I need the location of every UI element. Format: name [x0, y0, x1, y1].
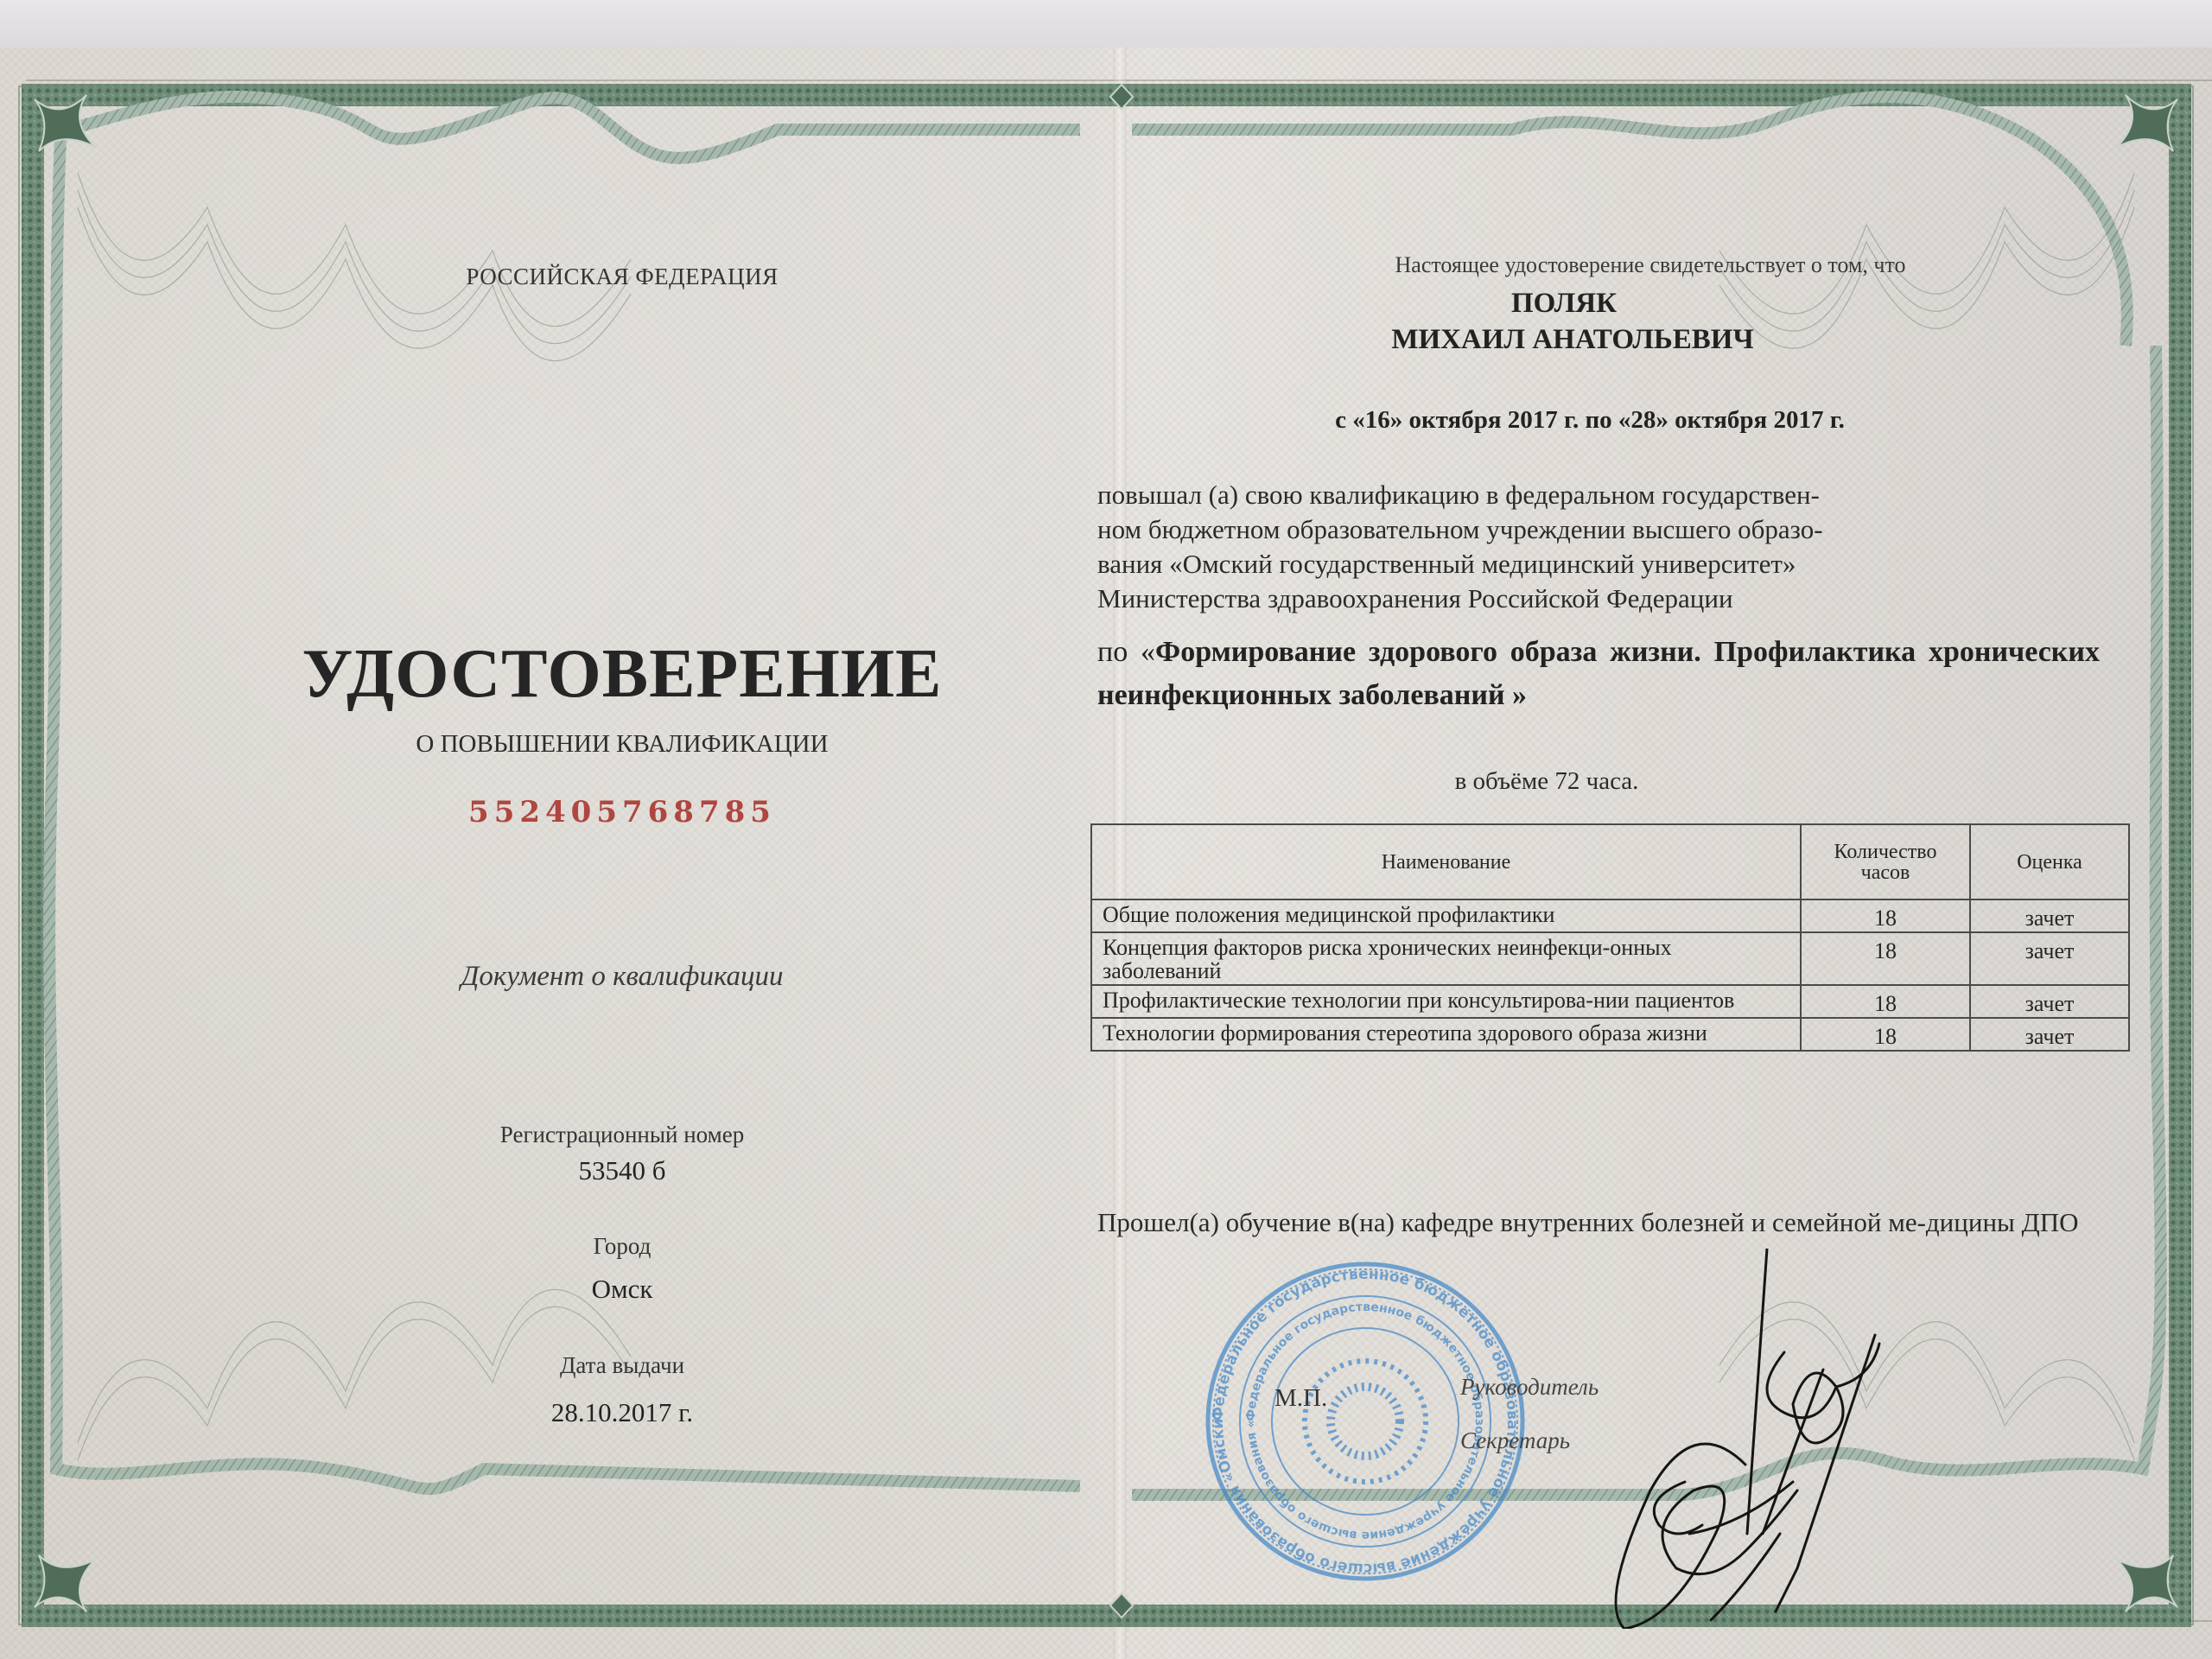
subject-grade: зачет [1970, 985, 2129, 1018]
table-header-row: Наименование Количество часов Оценка [1091, 824, 2129, 899]
city-label: Город [363, 1233, 881, 1260]
holder-surname: ПОЛЯК [1296, 288, 1832, 320]
paragraph-line: повышал (а) свою квалификацию в федераль… [1097, 478, 2100, 512]
registration-label: Регистрационный номер [363, 1122, 881, 1148]
training-period: с «16» октября 2017 г. по «28» октября 2… [1192, 406, 1987, 435]
background-wall [0, 0, 2212, 48]
paragraph-line: вания «Омский государственный медицински… [1097, 547, 2100, 582]
registration-number: 53540 б [363, 1155, 881, 1186]
table-row: Технологии формирования стереотипа здоро… [1091, 1018, 2129, 1051]
paragraph-line: Министерства здравоохранения Российской … [1097, 582, 2100, 616]
country-name: РОССИЙСКАЯ ФЕДЕРАЦИЯ [363, 264, 881, 290]
program-prefix: по « [1097, 636, 1155, 668]
subject-hours: 18 [1801, 932, 1970, 985]
program-volume: в объёме 72 часа. [1296, 767, 1797, 796]
subject-grade: зачет [1970, 932, 2129, 985]
table-row: Концепция факторов риска хронических неи… [1091, 932, 2129, 985]
column-header-name: Наименование [1091, 824, 1801, 899]
institution-paragraph: повышал (а) свою квалификацию в федераль… [1097, 478, 2100, 616]
subject-hours: 18 [1801, 1018, 1970, 1051]
intro-text: Настоящее удостоверение свидетельствует … [1279, 252, 2022, 278]
head-signature-label: Руководитель [1460, 1374, 1599, 1401]
program-title-block: по «Формирование здорового образа жизни.… [1097, 631, 2100, 717]
document-kind: Документ о квалификации [337, 961, 907, 993]
subject-name: Профилактические технологии при консульт… [1091, 985, 1801, 1018]
paragraph-line: ном бюджетном образовательном учреждении… [1097, 512, 2100, 547]
subject-name: Концепция факторов риска хронических неи… [1091, 932, 1801, 985]
program-title: Формирование здорового образа жизни. Про… [1097, 636, 2100, 711]
holder-given-names: МИХАИЛ АНАТОЛЬЕВИЧ [1253, 324, 1892, 356]
column-header-grade: Оценка [1970, 824, 2129, 899]
subject-grade: зачет [1970, 1018, 2129, 1051]
seal-label: М.П. [1274, 1384, 1327, 1413]
column-header-hours: Количество часов [1801, 824, 1970, 899]
subject-hours: 18 [1801, 899, 1970, 932]
serial-number: 552405768785 [432, 795, 812, 829]
subject-grade: зачет [1970, 899, 2129, 932]
document-title: УДОСТОВЕРЕНИЕ [285, 635, 959, 714]
subjects-table: Наименование Количество часов Оценка Общ… [1090, 823, 2130, 1052]
secretary-signature-label: Секретарь [1460, 1427, 1570, 1454]
document-subtitle: О ПОВЫШЕНИИ КВАЛИФИКАЦИИ [328, 730, 916, 759]
table-row: Общие положения медицинской профилактики… [1091, 899, 2129, 932]
city-value: Омск [363, 1274, 881, 1305]
issue-date-value: 28.10.2017 г. [363, 1397, 881, 1428]
table-row: Профилактические технологии при консульт… [1091, 985, 2129, 1018]
department-text: Прошел(а) обучение в(на) кафедре внутрен… [1097, 1204, 2100, 1242]
subject-name: Технологии формирования стереотипа здоро… [1091, 1018, 1801, 1051]
issue-date-label: Дата выдачи [363, 1352, 881, 1379]
subject-name: Общие положения медицинской профилактики [1091, 899, 1801, 932]
subject-hours: 18 [1801, 985, 1970, 1018]
